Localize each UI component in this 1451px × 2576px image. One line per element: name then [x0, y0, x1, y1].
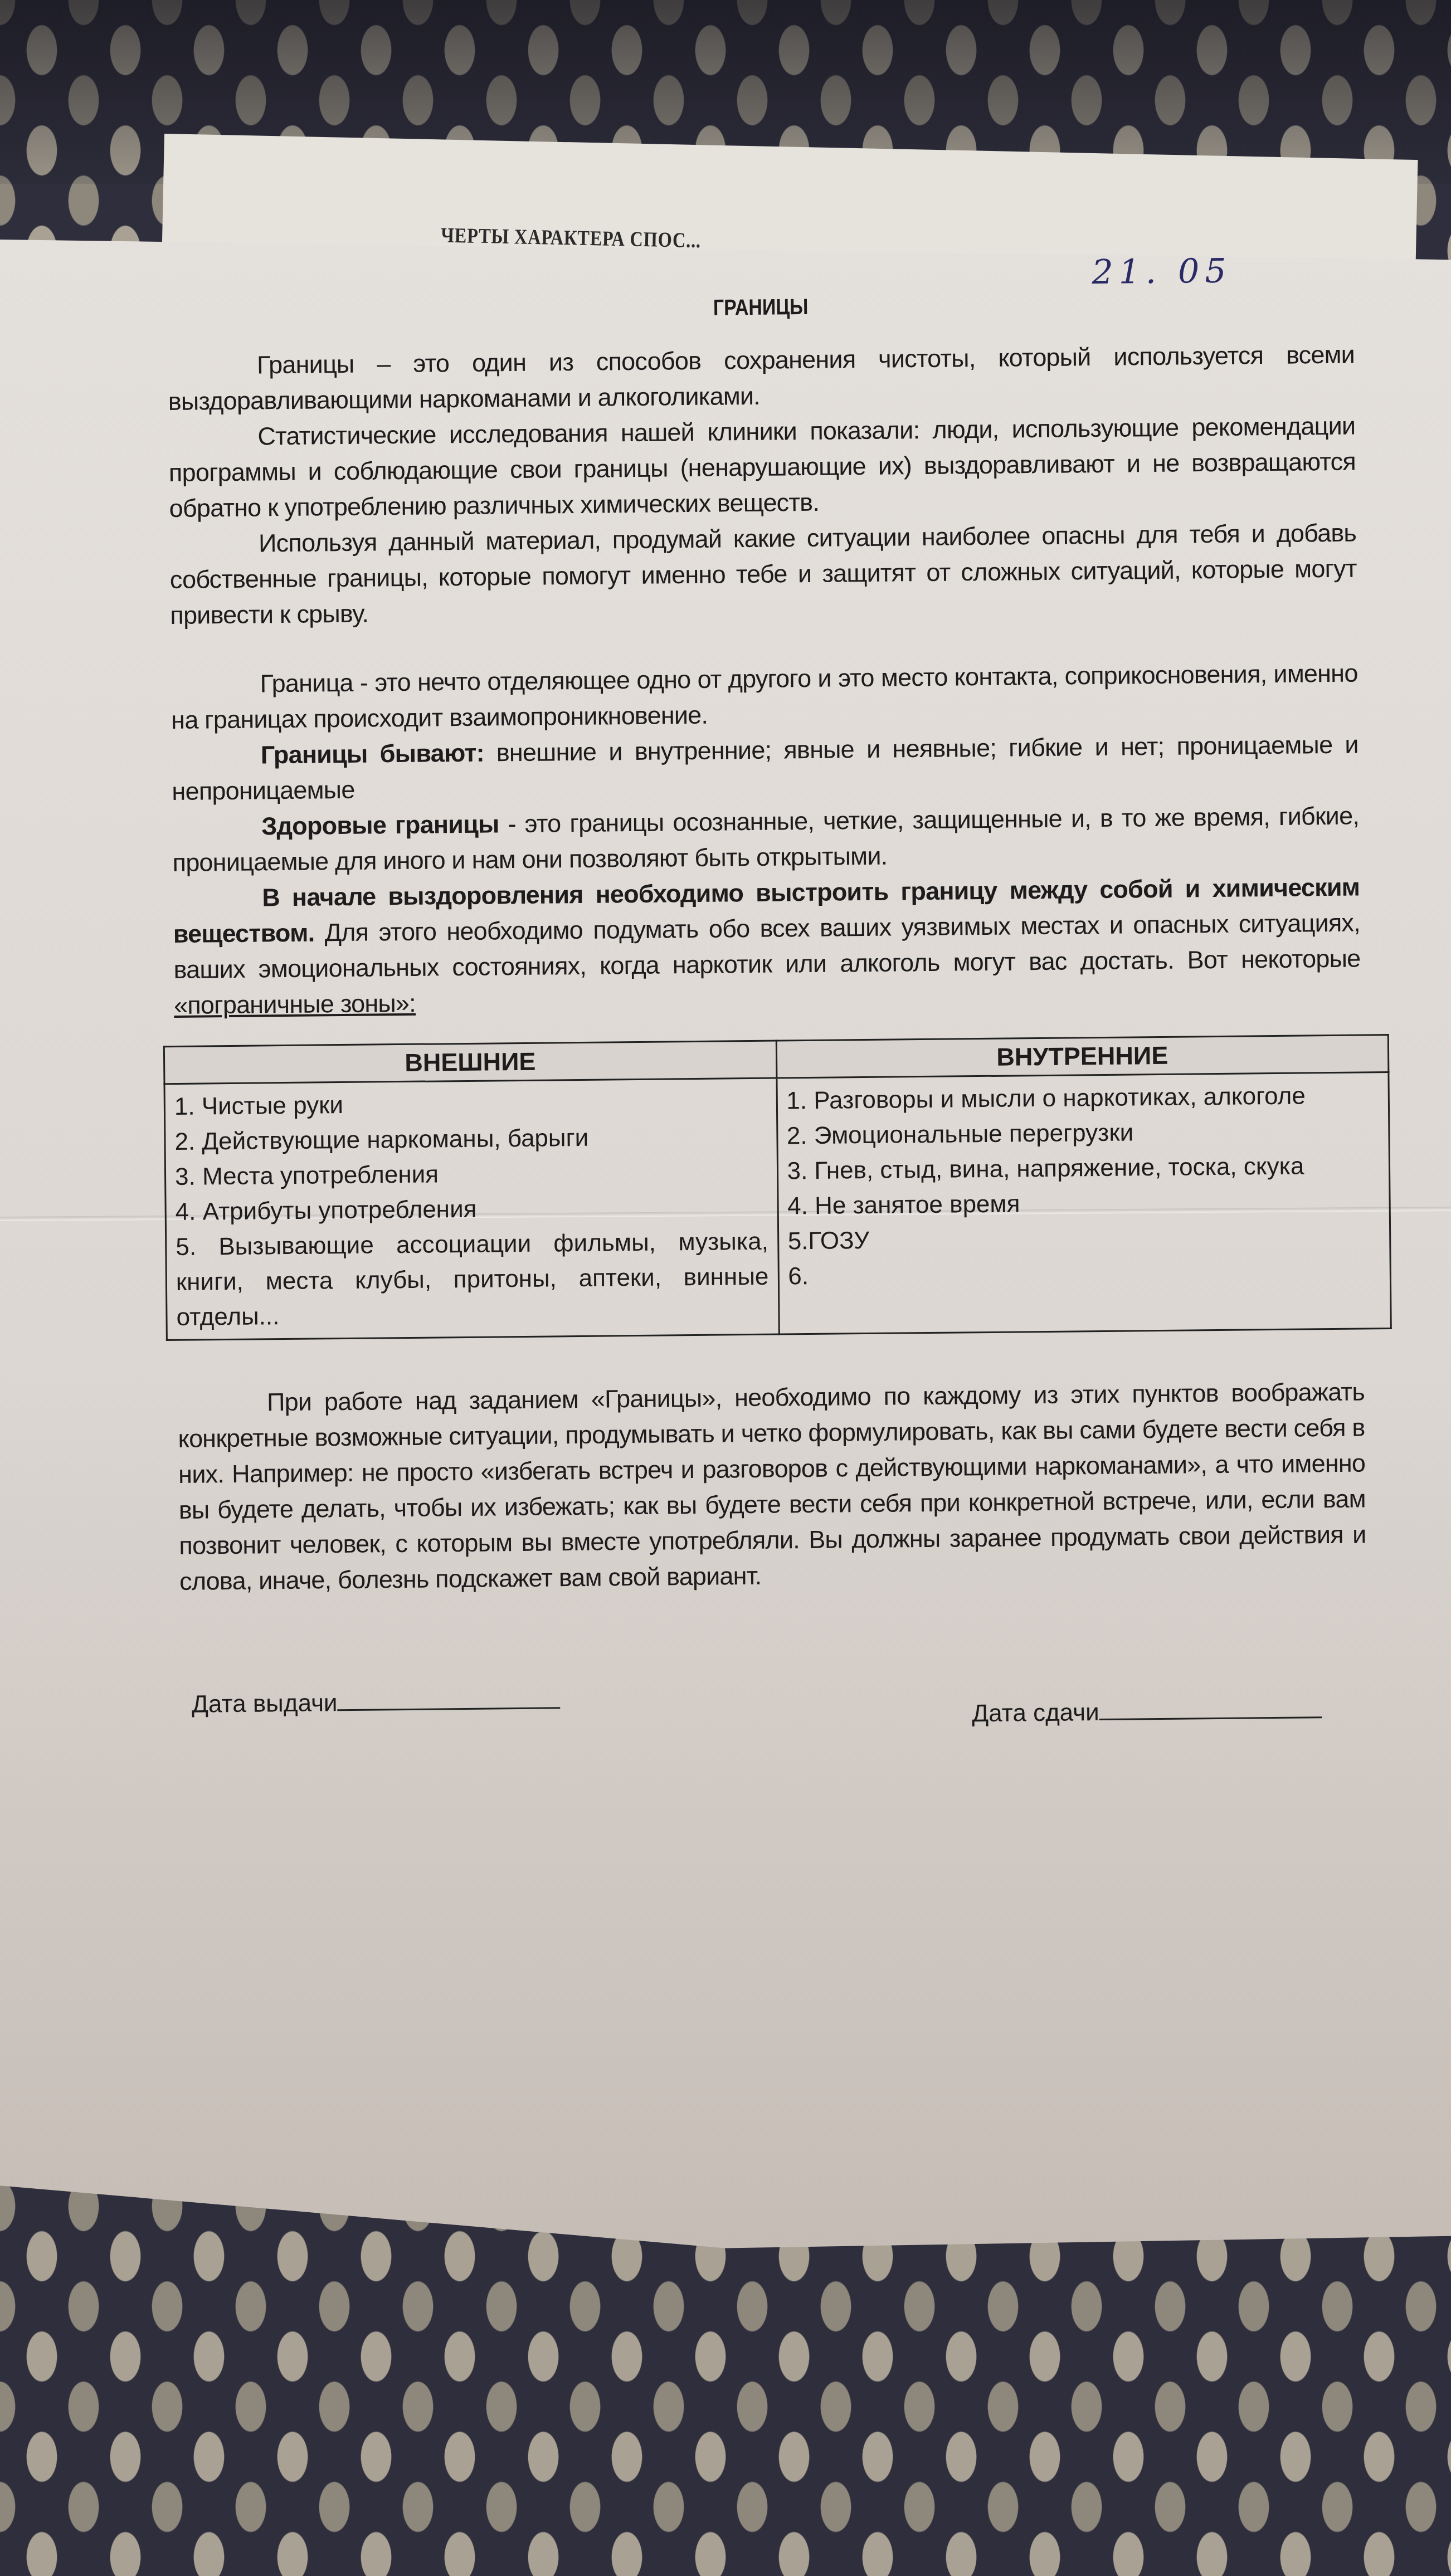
- external-item: 4. Атрибуты употребления: [175, 1189, 768, 1230]
- handwritten-date: 21. 05: [1092, 252, 1232, 292]
- internal-item: 6.: [788, 1253, 1381, 1294]
- return-date-label: Дата сдачи: [972, 1699, 1099, 1727]
- intro-paragraph-3: Используя данный материал, продумай каки…: [169, 515, 1357, 633]
- border-zones-table: ВНЕШНИЕ ВНУТРЕННИЕ 1. Чистые руки 2. Дей…: [163, 1034, 1392, 1341]
- signature-row: Дата выдачи Дата сдачи: [181, 1677, 1368, 1755]
- external-column: 1. Чистые руки 2. Действующие наркоманы,…: [164, 1078, 779, 1340]
- issue-date-line: [337, 1685, 560, 1711]
- recovery-paragraph: В начале выздоровления необходимо выстро…: [173, 870, 1361, 1023]
- border-zones-link: «пограничные зоны»:: [174, 989, 416, 1019]
- intro-paragraph-1: Границы – это один из способов сохранени…: [168, 337, 1355, 419]
- return-date-field: Дата сдачи: [972, 1694, 1322, 1728]
- external-item: 5. Вызывающие ассоциации фильмы, музыка,…: [176, 1224, 769, 1335]
- internal-column: 1. Разговоры и мысли о наркотиках, алког…: [776, 1072, 1391, 1335]
- internal-item: 3. Гнев, стыд, вина, напряжение, тоска, …: [787, 1148, 1380, 1188]
- intro-paragraph-2: Статистические исследования нашей клиник…: [168, 408, 1356, 526]
- healthy-paragraph: Здоровые границы - это границы осознанны…: [172, 798, 1360, 881]
- external-item: 2. Действующие наркоманы, барыги: [174, 1119, 767, 1159]
- types-paragraph: Границы бывают: внешние и внутренние; яв…: [172, 727, 1359, 809]
- return-date-line: [1099, 1694, 1322, 1720]
- external-item: 1. Чистые руки: [174, 1084, 767, 1124]
- external-item: 3. Места употребления: [175, 1154, 768, 1194]
- header-internal: ВНУТРЕННИЕ: [776, 1035, 1389, 1079]
- instructions-paragraph: При работе над заданием «Границы», необх…: [178, 1374, 1367, 1599]
- document-content: 21. 05 ГРАНИЦЫ Границы – это один из спо…: [167, 290, 1368, 1755]
- internal-item: 4. Не занятое время: [787, 1183, 1380, 1223]
- recovery-text: Для этого необходимо подумать обо всех в…: [173, 909, 1360, 984]
- definition-paragraph: Граница - это нечто отделяющее одно от д…: [171, 656, 1358, 738]
- internal-item: 5.ГОЗУ: [787, 1218, 1380, 1258]
- internal-item: 1. Разговоры и мысли о наркотиках, алког…: [786, 1077, 1379, 1118]
- internal-item: 2. Эмоциональные перегрузки: [787, 1113, 1380, 1153]
- healthy-lead: Здоровые границы: [261, 809, 499, 840]
- types-lead: Границы бывают:: [261, 739, 484, 769]
- issue-date-label: Дата выдачи: [192, 1689, 338, 1718]
- header-external: ВНЕШНИЕ: [164, 1041, 776, 1084]
- issue-date-field: Дата выдачи: [192, 1685, 561, 1718]
